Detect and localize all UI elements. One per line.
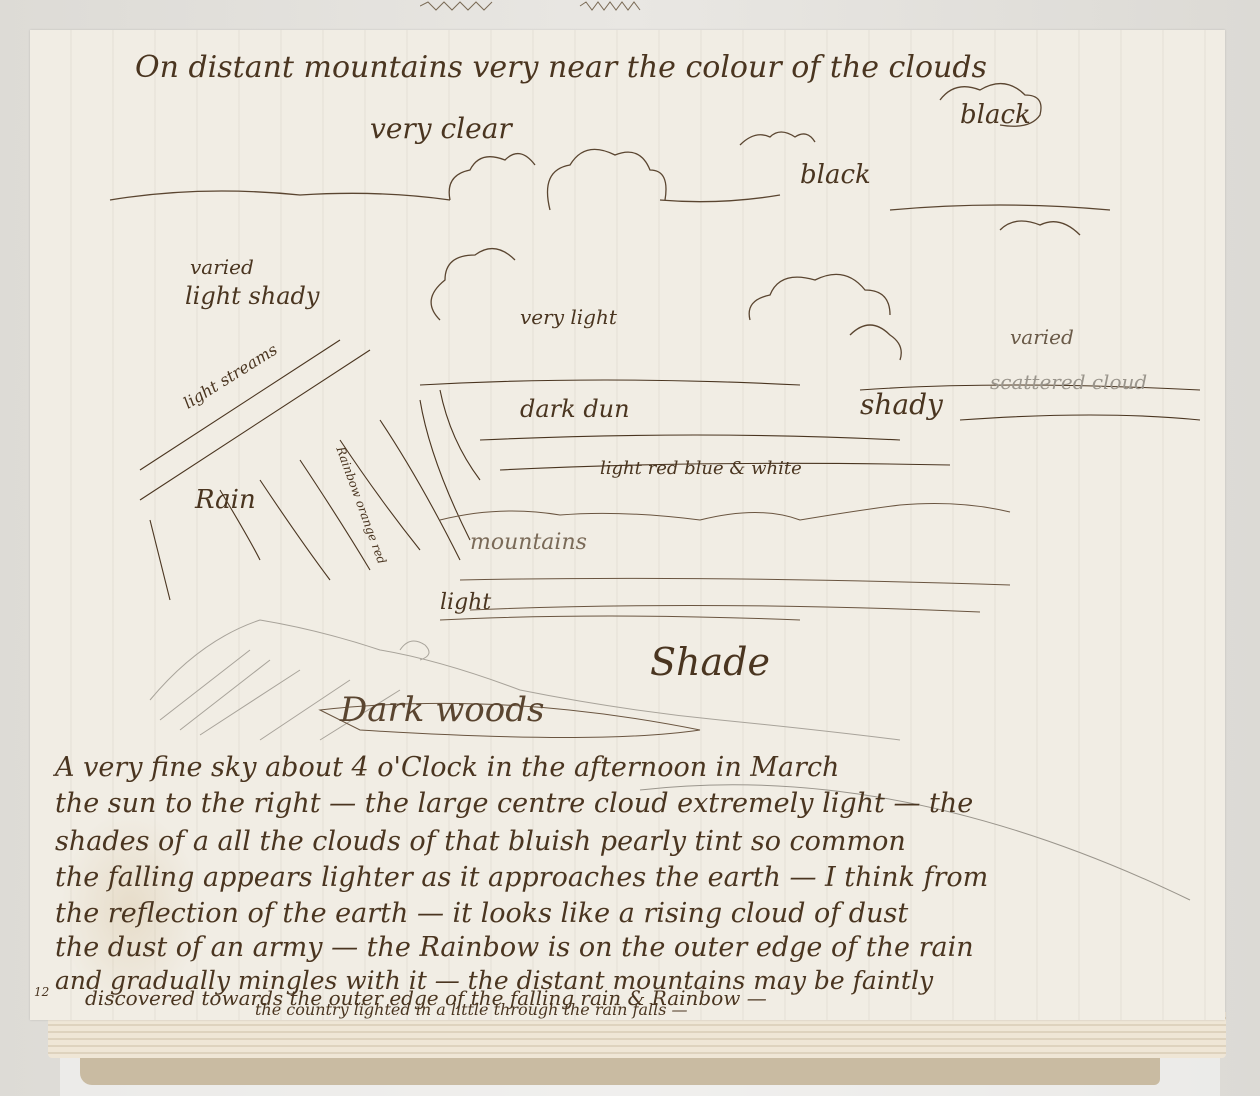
label-black-top: black	[960, 100, 1031, 130]
label-dark-woods: Dark woods	[340, 690, 544, 730]
note-line: shades of a all the clouds of that bluis…	[55, 826, 906, 857]
label-rain: Rain	[195, 485, 256, 515]
label-mountains: mountains	[470, 530, 587, 555]
note-line: the reflection of the earth — it looks l…	[55, 898, 908, 929]
heading-line: On distant mountains very near the colou…	[135, 50, 987, 85]
label-dark-dun: dark dun	[520, 395, 630, 423]
label-varied: varied	[190, 255, 254, 279]
label-light-red-blue-white: light red blue & white	[600, 458, 802, 479]
note-line: A very fine sky about 4 o'Clock in the a…	[55, 752, 839, 783]
label-light-shady: light shady	[185, 282, 319, 310]
note-line: the sun to the right — the large centre …	[55, 788, 973, 819]
margin-page-number: 12	[34, 985, 49, 999]
note-line: the falling appears lighter as it approa…	[55, 862, 988, 893]
note-line: the dust of an army — the Rainbow is on …	[55, 932, 974, 963]
note-line: the country lighted in a little through …	[255, 1000, 688, 1019]
label-very-clear: very clear	[370, 112, 512, 145]
label-shade: Shade	[650, 640, 770, 684]
label-black-cloud: black	[800, 160, 871, 190]
label-light: light	[440, 590, 491, 615]
label-shady: shady	[860, 388, 943, 421]
label-varied-right: varied	[1010, 325, 1074, 349]
label-scattered-cloud: scattered cloud	[990, 370, 1147, 394]
label-very-light: very light	[520, 305, 617, 329]
